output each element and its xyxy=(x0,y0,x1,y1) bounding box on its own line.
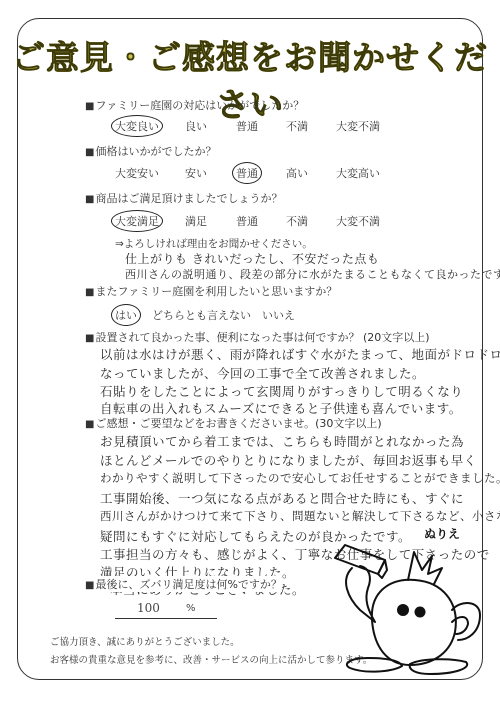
answer-line: ほとんどメールでのやりとりになりましたが、毎回お返事も早く xyxy=(100,451,477,469)
question-satisfaction-percent: 最後に、ズバリ満足度は何%ですか？ xyxy=(85,576,282,592)
option-very-cheap[interactable]: 大変安い xyxy=(115,165,159,181)
option-average[interactable]: 普通 xyxy=(236,213,258,229)
option-very-dissatisfied[interactable]: 大変不満 xyxy=(336,213,380,229)
answer-line: 以前は水はけが悪く、雨が降ればすぐ水がたまって、地面がドロドロに xyxy=(100,345,500,363)
question-comments: ご感想・ご要望などをお書きくださいませ。(30文字以上) xyxy=(85,415,382,431)
percent-unit: % xyxy=(186,603,196,614)
reason-line: 仕上がりも きれいだったし、不安だった点も xyxy=(125,250,379,267)
option-good[interactable]: 良い xyxy=(185,118,207,134)
question-price: 価格はいかがでしたか？ xyxy=(85,143,216,159)
answer-line: お見積頂いてから着工までは、こちらも時間がとれなかった為 xyxy=(100,432,464,450)
option-cheap[interactable]: 安い xyxy=(185,165,207,181)
reason-prompt: ⇒よろしければ理由をお聞かせください。 xyxy=(115,236,313,251)
mascot-illustration-icon xyxy=(330,540,490,680)
footer-thanks: ご協力頂き、誠にありがとうございました。 xyxy=(50,634,240,648)
option-very-good-selected[interactable]: 大変良い xyxy=(111,115,163,137)
option-yes-selected[interactable]: はい xyxy=(111,304,141,326)
option-very-satisfied-selected[interactable]: 大変満足 xyxy=(111,210,163,232)
option-dissatisfied[interactable]: 不満 xyxy=(286,118,308,134)
option-neither[interactable]: どちらとも言えない xyxy=(152,307,251,323)
satisfaction-percent-value: 100 xyxy=(137,601,160,615)
option-average[interactable]: 普通 xyxy=(236,118,258,134)
option-average-selected[interactable]: 普通 xyxy=(232,162,262,184)
question-reuse: またファミリー庭園を利用したいと思いますか？ xyxy=(85,283,337,299)
question-staff-response: ファミリー庭園の対応はいかがでしたか？ xyxy=(85,97,304,113)
option-expensive[interactable]: 高い xyxy=(286,165,308,181)
option-satisfied[interactable]: 満足 xyxy=(185,213,207,229)
answer-line: わかりやすく説明して下さったので安心してお任せすることができました。 xyxy=(100,470,500,486)
reason-line: 西川さんの説明通り、段差の部分に水がたまることもなくて良かったです。 xyxy=(125,266,500,282)
satisfaction-percent-field[interactable] xyxy=(115,600,217,619)
answer-line: 西川さんがかけつけて来て下さり、問題ないと解決して下さるなど、小さな xyxy=(100,508,500,524)
option-dissatisfied[interactable]: 不満 xyxy=(286,213,308,229)
footer-message: お客様の貴重な意見を参考に、改善・サービスの向上に活かして参ります。 xyxy=(50,652,372,666)
question-benefits: 設置されて良かった事、便利になった事は何ですか？ (20文字以上) xyxy=(85,329,430,345)
answer-line: なっていましたが、今回の工事で全て改善されました。 xyxy=(100,364,425,382)
answer-line: 石貼りをしたことによって玄関周りがすっきりして明るくなり xyxy=(100,382,463,400)
option-very-dissatisfied[interactable]: 大変不満 xyxy=(336,118,380,134)
option-very-expensive[interactable]: 大変高い xyxy=(336,165,380,181)
option-no[interactable]: いいえ xyxy=(262,307,295,323)
answer-line: 工事開始後、一つ気になる点があると問合せた時にも、すぐに xyxy=(100,489,464,507)
question-product-satisfaction: 商品はご満足頂けましたでしょうか？ xyxy=(85,190,282,206)
